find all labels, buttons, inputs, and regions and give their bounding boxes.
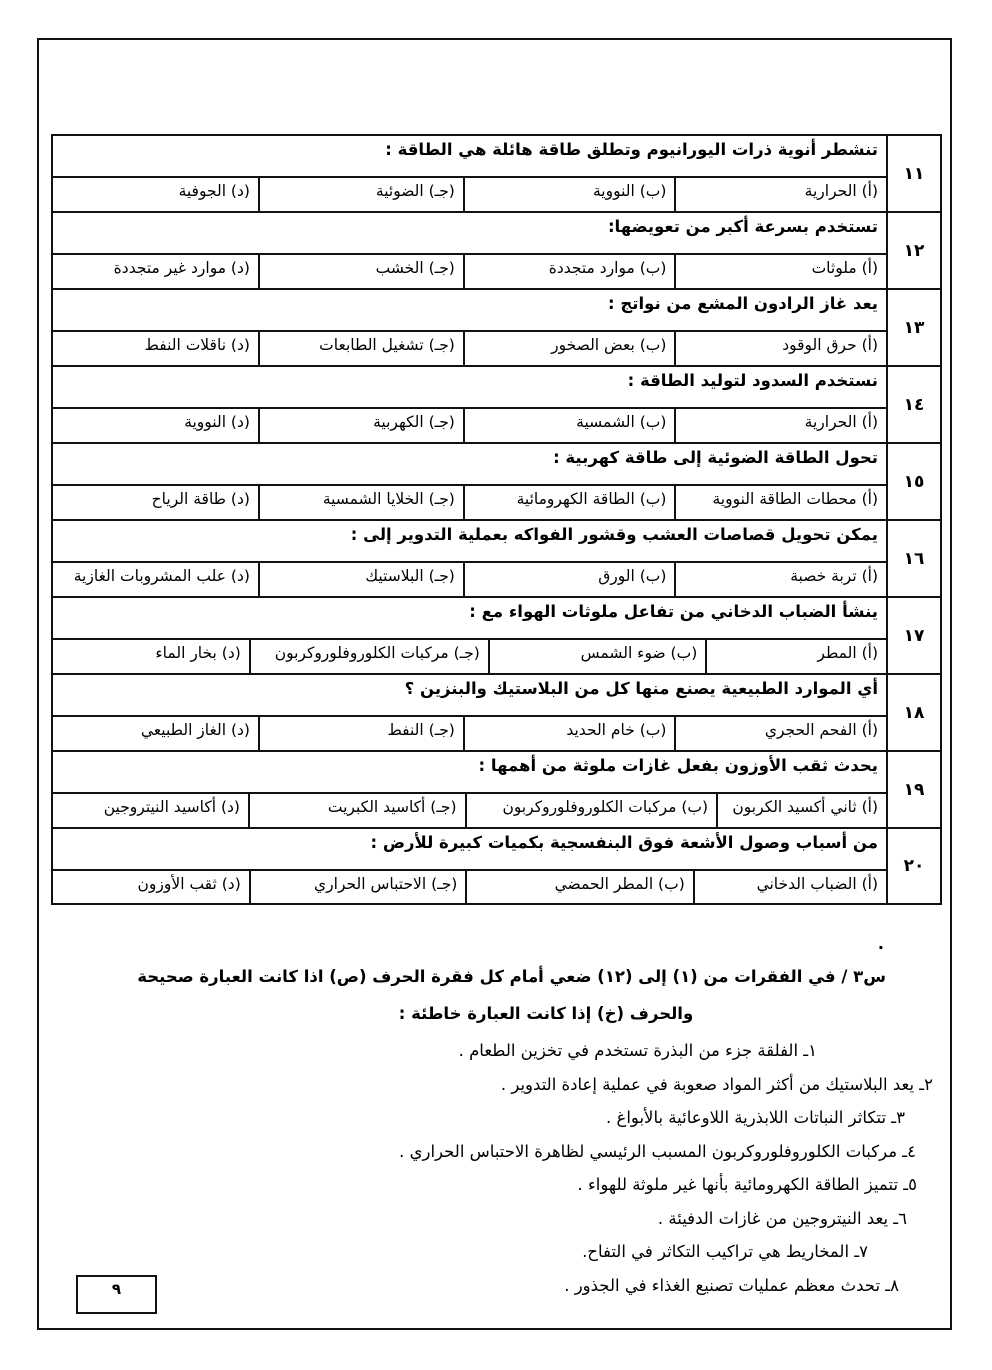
question-main: ينشأ الضباب الدخاني من تفاعل ملوثات الهو… xyxy=(53,598,886,673)
option-cell: (ب) الطاقة الكهرومائية xyxy=(463,486,675,519)
options-row: (أ) ملوثات(ب) موارد متجددة(جـ) الخشب(د) … xyxy=(53,253,886,288)
options-row: (أ) ثاني أكسيد الكربون(ب) مركبات الكلورو… xyxy=(53,792,886,827)
question-main: تحول الطاقة الضوئية إلى طاقة كهربية :(أ)… xyxy=(53,444,886,519)
option-cell: (أ) محطات الطاقة النووية xyxy=(674,486,886,519)
question-text: أي الموارد الطبيعية يصنع منها كل من البل… xyxy=(53,675,886,715)
question-number: ٢٠ xyxy=(886,829,940,903)
options-row: (أ) الحرارية(ب) الشمسية(جـ) الكهربية(د) … xyxy=(53,407,886,442)
tf-statement: ٣ـ تتكاثر النباتات اللابذرية اللاوعائية … xyxy=(59,1101,933,1135)
question-number: ١٥ xyxy=(886,444,940,519)
option-cell: (جـ) تشغيل الطابعات xyxy=(258,332,463,365)
option-cell: (جـ) الخلايا الشمسية xyxy=(258,486,463,519)
tf-statement: ٦ـ يعد النيتروجين من غازات الدفيئة . xyxy=(59,1202,933,1236)
option-cell: (ب) الورق xyxy=(463,563,675,596)
question-number: ١٩ xyxy=(886,752,940,827)
question-text: نستخدم السدود لتوليد الطاقة : xyxy=(53,367,886,407)
question-main: نستخدم السدود لتوليد الطاقة :(أ) الحراري… xyxy=(53,367,886,442)
option-cell: (أ) تربة خصبة xyxy=(674,563,886,596)
options-row: (أ) الحرارية(ب) النووية(جـ) الضوئية(د) ا… xyxy=(53,176,886,211)
question-text: تنشطر أنوية ذرات اليورانيوم وتطلق طاقة ه… xyxy=(53,136,886,176)
question-main: يحدث ثقب الأوزون بفعل غازات ملوثة من أهم… xyxy=(53,752,886,827)
option-cell: (جـ) الضوئية xyxy=(258,178,463,211)
option-cell: (د) ناقلات النفط xyxy=(53,332,258,365)
option-cell: (د) الغاز الطبيعي xyxy=(53,717,258,750)
section3-heading: س٣ / في الفقرات من (١) إلى (١٢) ضعي أمام… xyxy=(206,958,886,1032)
question-row: ١٤نستخدم السدود لتوليد الطاقة :(أ) الحرا… xyxy=(53,367,940,444)
question-text: يمكن تحويل قصاصات العشب وقشور الفواكه بع… xyxy=(53,521,886,561)
option-cell: (ب) النووية xyxy=(463,178,675,211)
option-cell: (د) علب المشروبات الغازية xyxy=(53,563,258,596)
option-cell: (أ) ثاني أكسيد الكربون xyxy=(716,794,886,827)
question-number: ١١ xyxy=(886,136,940,211)
question-main: تستخدم بسرعة أكبر من تعويضها:(أ) ملوثات(… xyxy=(53,213,886,288)
options-row: (أ) حرق الوقود(ب) بعض الصخور(جـ) تشغيل ا… xyxy=(53,330,886,365)
option-cell: (جـ) الخشب xyxy=(258,255,463,288)
option-cell: (د) أكاسيد النيتروجين xyxy=(53,794,248,827)
section3-items: ١ـ الفلقة جزء من البذرة تستخدم في تخزين … xyxy=(59,1034,933,1302)
option-cell: (جـ) النفط xyxy=(258,717,463,750)
question-row: ١٢تستخدم بسرعة أكبر من تعويضها:(أ) ملوثا… xyxy=(53,213,940,290)
option-cell: (جـ) الكهربية xyxy=(258,409,463,442)
option-cell: (د) بخار الماء xyxy=(53,640,249,673)
question-number: ١٨ xyxy=(886,675,940,750)
question-number: ١٧ xyxy=(886,598,940,673)
tf-statement: ٢ـ يعد البلاستيك من أكثر المواد صعوبة في… xyxy=(59,1068,933,1102)
stray-period: . xyxy=(878,934,884,953)
options-row: (أ) محطات الطاقة النووية(ب) الطاقة الكهر… xyxy=(53,484,886,519)
question-text: تحول الطاقة الضوئية إلى طاقة كهربية : xyxy=(53,444,886,484)
question-row: ١٥تحول الطاقة الضوئية إلى طاقة كهربية :(… xyxy=(53,444,940,521)
question-main: تنشطر أنوية ذرات اليورانيوم وتطلق طاقة ه… xyxy=(53,136,886,211)
question-main: يعد غاز الرادون المشع من نواتج :(أ) حرق … xyxy=(53,290,886,365)
option-cell: (أ) الفحم الحجري xyxy=(674,717,886,750)
question-row: ١٧ينشأ الضباب الدخاني من تفاعل ملوثات ال… xyxy=(53,598,940,675)
question-number: ١٣ xyxy=(886,290,940,365)
question-text: يعد غاز الرادون المشع من نواتج : xyxy=(53,290,886,330)
option-cell: (جـ) مركبات الكلوروفلوروكربون xyxy=(249,640,488,673)
mcq-table: ١١تنشطر أنوية ذرات اليورانيوم وتطلق طاقة… xyxy=(51,134,942,905)
option-cell: (أ) ملوثات xyxy=(674,255,886,288)
question-main: أي الموارد الطبيعية يصنع منها كل من البل… xyxy=(53,675,886,750)
option-cell: (أ) الحرارية xyxy=(674,409,886,442)
option-cell: (ب) بعض الصخور xyxy=(463,332,675,365)
question-row: ١٩يحدث ثقب الأوزون بفعل غازات ملوثة من أ… xyxy=(53,752,940,829)
tf-statement: ٥ـ تتميز الطاقة الكهرومائية بأنها غير مل… xyxy=(59,1168,933,1202)
option-cell: (د) ثقب الأوزون xyxy=(53,871,249,903)
option-cell: (جـ) أكاسيد الكبريت xyxy=(248,794,465,827)
option-cell: (د) موارد غير متجددة xyxy=(53,255,258,288)
question-row: ٢٠من أسباب وصول الأشعة فوق البنفسجية بكم… xyxy=(53,829,940,903)
option-cell: (د) الجوفية xyxy=(53,178,258,211)
option-cell: (د) النووية xyxy=(53,409,258,442)
option-cell: (جـ) الاحتباس الحراري xyxy=(249,871,466,903)
option-cell: (ب) خام الحديد xyxy=(463,717,675,750)
question-number: ١٢ xyxy=(886,213,940,288)
question-text: تستخدم بسرعة أكبر من تعويضها: xyxy=(53,213,886,253)
option-cell: (د) طاقة الرياح xyxy=(53,486,258,519)
tf-statement: ٨ـ تحدث معظم عمليات تصنيع الغذاء في الجذ… xyxy=(59,1269,933,1303)
option-cell: (ب) مركبات الكلوروفلوروكربون xyxy=(465,794,717,827)
question-row: ١٨أي الموارد الطبيعية يصنع منها كل من ال… xyxy=(53,675,940,752)
option-cell: (ب) الشمسية xyxy=(463,409,675,442)
question-text: ينشأ الضباب الدخاني من تفاعل ملوثات الهو… xyxy=(53,598,886,638)
question-main: يمكن تحويل قصاصات العشب وقشور الفواكه بع… xyxy=(53,521,886,596)
option-cell: (ب) المطر الحمضي xyxy=(465,871,692,903)
options-row: (أ) تربة خصبة(ب) الورق(جـ) البلاستيك(د) … xyxy=(53,561,886,596)
option-cell: (أ) الحرارية xyxy=(674,178,886,211)
question-main: من أسباب وصول الأشعة فوق البنفسجية بكميا… xyxy=(53,829,886,903)
option-cell: (ب) ضوء الشمس xyxy=(488,640,705,673)
question-row: ١١تنشطر أنوية ذرات اليورانيوم وتطلق طاقة… xyxy=(53,136,940,213)
options-row: (أ) المطر(ب) ضوء الشمس(جـ) مركبات الكلور… xyxy=(53,638,886,673)
options-row: (أ) الضباب الدخاني(ب) المطر الحمضي(جـ) ا… xyxy=(53,869,886,903)
tf-statement: ١ـ الفلقة جزء من البذرة تستخدم في تخزين … xyxy=(59,1034,933,1068)
option-cell: (ب) موارد متجددة xyxy=(463,255,675,288)
page-number: ٩ xyxy=(112,1280,121,1298)
tf-statement: ٧ـ المخاريط هي تراكيب التكاثر في التفاح. xyxy=(59,1235,933,1269)
exam-page: ١١تنشطر أنوية ذرات اليورانيوم وتطلق طاقة… xyxy=(37,38,952,1330)
section3-heading-line2: والحرف (خ) إذا كانت العبارة خاطئة : xyxy=(206,995,886,1032)
section3-heading-line1: س٣ / في الفقرات من (١) إلى (١٢) ضعي أمام… xyxy=(206,958,886,995)
question-number: ١٦ xyxy=(886,521,940,596)
option-cell: (أ) حرق الوقود xyxy=(674,332,886,365)
option-cell: (أ) الضباب الدخاني xyxy=(693,871,886,903)
tf-statement: ٤ـ مركبات الكلوروفلوروكربون المسبب الرئي… xyxy=(59,1135,933,1169)
option-cell: (أ) المطر xyxy=(705,640,886,673)
option-cell: (جـ) البلاستيك xyxy=(258,563,463,596)
page-number-box: ٩ xyxy=(76,1275,157,1314)
question-text: من أسباب وصول الأشعة فوق البنفسجية بكميا… xyxy=(53,829,886,869)
question-row: ١٣يعد غاز الرادون المشع من نواتج :(أ) حر… xyxy=(53,290,940,367)
question-number: ١٤ xyxy=(886,367,940,442)
options-row: (أ) الفحم الحجري(ب) خام الحديد(جـ) النفط… xyxy=(53,715,886,750)
question-text: يحدث ثقب الأوزون بفعل غازات ملوثة من أهم… xyxy=(53,752,886,792)
question-row: ١٦يمكن تحويل قصاصات العشب وقشور الفواكه … xyxy=(53,521,940,598)
